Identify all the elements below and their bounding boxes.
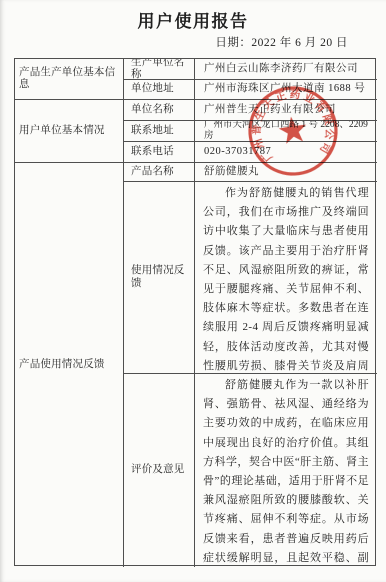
value-unit-address: 广州市海珠区广州大道南 1688 号 [195, 80, 377, 100]
label-production-unit-name: 生产单位名称 [124, 59, 195, 80]
report-page: 用户使用报告 日期：2022 年 6 月 20 日 产品生产单位基本信息 用户单… [0, 0, 386, 582]
paragraph-usage-feedback: 作为舒筋健腰丸的销售代理公司，我们在市场推广及终端回访中收集了大量临床与患者使用… [195, 182, 377, 374]
value-product-name: 舒筋健腰丸 [195, 163, 377, 182]
label-contact-phone: 联系电话 [124, 142, 195, 163]
label-unit-address: 单位地址 [124, 80, 195, 100]
label-contact-address: 联系地址 [124, 121, 195, 142]
label-usage-feedback: 使用情况反馈 [124, 182, 195, 374]
group-cell-producer-info: 产品生产单位基本信息 [15, 59, 124, 100]
value-contact-address: 广州市天河区龙口西路 1 号 2208、2209 房 [195, 121, 377, 142]
group-cell-user-info: 用户单位基本情况 [15, 100, 124, 163]
report-table: 产品生产单位基本信息 用户单位基本情况 产品使用情况反馈 生产单位名称 广州白云… [14, 58, 376, 566]
value-user-unit-name: 广州普生天正药业有限公司 [195, 100, 377, 121]
label-user-unit-name: 单位名称 [124, 100, 195, 121]
page-title: 用户使用报告 [0, 7, 386, 32]
value-production-unit-name: 广州白云山陈李济药厂有限公司 [195, 59, 377, 80]
date-line: 日期：2022 年 6 月 20 日 [215, 34, 348, 50]
label-evaluation: 评价及意见 [124, 374, 195, 567]
group-cell-usage-feedback: 产品使用情况反馈 [15, 163, 124, 567]
label-product-name: 产品名称 [124, 163, 195, 182]
value-contact-phone: 020-37031787 [195, 142, 377, 163]
paragraph-evaluation: 舒筋健腰丸作为一款以补肝肾、强筋骨、祛风湿、通经络为主要功效的中成药，在临床应用… [195, 374, 377, 567]
